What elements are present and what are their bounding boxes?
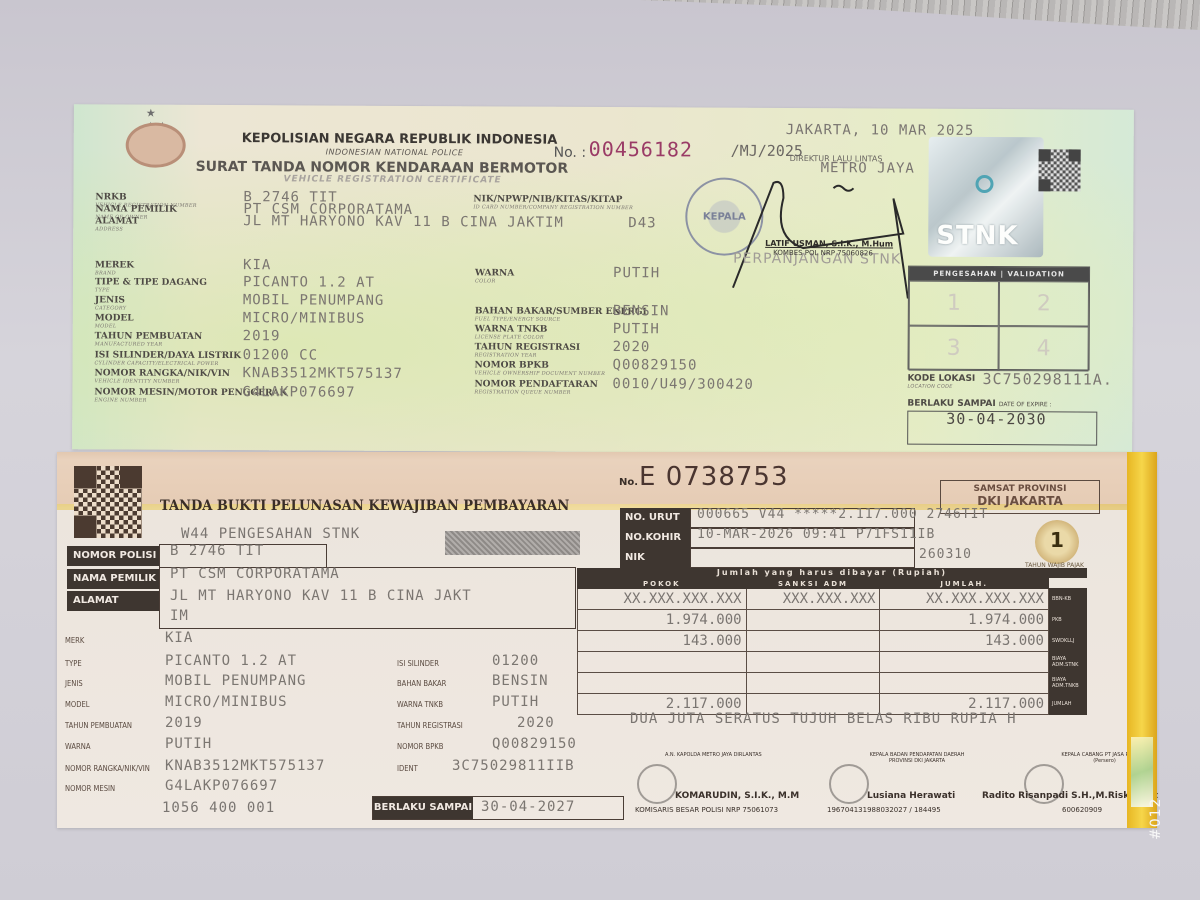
samsat-line1: SAMSAT PROVINSI — [941, 484, 1099, 494]
cell-sanksi — [746, 610, 880, 631]
police-emblem-icon — [126, 122, 186, 167]
validation-grid: PENGESAHAN | VALIDATION 1 2 3 4 — [908, 266, 1091, 371]
vehicle-value: PUTIH — [165, 736, 212, 752]
cell-pokok: XX.XXX.XXX.XXX — [578, 589, 747, 610]
stnk-hologram: STNK — [928, 137, 1044, 258]
validation-header: PENGESAHAN | VALIDATION — [909, 267, 1089, 282]
column-header: JUMLAH. — [880, 579, 1049, 589]
owner-label: ALAMAT — [67, 591, 159, 611]
vehicle-value: PICANTO 1.2 AT — [165, 653, 297, 669]
vehicle-label: TAHUN REGISTRASI — [397, 721, 463, 730]
field-value: 2019 — [243, 328, 281, 344]
vehicle-value: Q00829150 — [492, 736, 577, 752]
field-value: G4LAKP076697 — [242, 384, 355, 401]
field-value: Q00829150 — [613, 357, 698, 373]
expiry-label: BERLAKU SAMPAI DATE OF EXPIRE : — [907, 399, 1051, 410]
field-label: TAHUN PEMBUATANMANUFACTURED YEAR — [95, 331, 203, 348]
vehicle-value: PUTIH — [492, 694, 539, 710]
receipt-expiry: BERLAKU SAMPAI 30-04-2027 — [372, 796, 624, 820]
meta-value: 10-MAR-2026 09:41 P71FS11IB — [697, 527, 935, 542]
field-label: ISI SILINDER/DAYA LISTRIKCYLINDER CAPACI… — [95, 350, 242, 367]
column-header: SANKSI ADM — [746, 579, 880, 589]
field-value: BENSIN — [613, 303, 670, 319]
year-badge-icon: 1 — [1035, 520, 1079, 564]
owner-value: B 2746 TIT — [170, 543, 264, 559]
field-value: 01200 CC — [243, 347, 319, 363]
meta-value: 000665 V44 *****2.117.000 2746TIT — [697, 507, 988, 522]
meta-extra: 260310 — [919, 547, 972, 562]
cell-jumlah: XX.XXX.XXX.XXX — [880, 589, 1049, 610]
signatory-id: 196704131988032027 / 184495 — [827, 806, 941, 814]
owner-label: NAMA PEMILIK — [67, 569, 159, 589]
hologram-text: STNK — [936, 221, 1019, 251]
owner-value: JL MT HARYONO KAV 11 B CINA JAKT — [170, 588, 472, 604]
agency-title-en: INDONESIAN NATIONAL POLICE — [326, 148, 464, 158]
expiry-date: 30-04-2030 — [946, 410, 1046, 429]
background-floor-texture — [640, 0, 1200, 30]
field-value: 0010/U49/300420 — [612, 376, 754, 393]
field-label: ALAMATADDRESS — [95, 216, 139, 232]
field-label: TIPE & TIPE DAGANGTYPE — [95, 277, 207, 294]
field-label: MODELMODEL — [95, 313, 134, 329]
director-unit: METRO JAYA — [821, 160, 915, 176]
vehicle-value: BENSIN — [492, 673, 549, 689]
cell-jumlah — [880, 652, 1049, 673]
cell-jumlah — [880, 673, 1049, 694]
vehicle-value: KIA — [165, 630, 193, 646]
vehicle-value: KNAB3512MKT575137 — [165, 758, 325, 774]
payment-receipt: TANDA BUKTI PELUNASAN KEWAJIBAN PEMBAYAR… — [57, 452, 1157, 828]
field-label: TAHUN REGISTRASIREGISTRATION YEAR — [475, 342, 581, 359]
vehicle-label: IDENT — [397, 764, 418, 773]
stnk-fields-left: NRKBVEHICLE REGISTRATION NUMBERB 2746 TI… — [74, 104, 1134, 110]
hologram-strip — [1131, 737, 1153, 807]
field-value: JL MT HARYONO KAV 11 B CINA JAKTIM — [243, 213, 564, 231]
field-label: NOMOR PENDAFTARANREGISTRATION QUEUE NUMB… — [474, 379, 597, 396]
signatory-name: KOMARUDIN, S.I.K., M.M — [675, 791, 799, 801]
stnk-certificate: ★★★ KEPOLISIAN NEGARA REPUBLIK INDONESIA… — [72, 104, 1134, 455]
row-label: BIAYA ADM.TNKB — [1049, 673, 1087, 694]
signatory-id: KOMISARIS BESAR POLISI NRP 75061073 — [635, 806, 778, 814]
nik-label: NIK/NPWP/NIB/KITAS/KITAPID CARD NUMBER/C… — [473, 194, 633, 211]
validation-cell: 2 — [999, 281, 1089, 326]
payment-caption: Jumlah yang harus dibayar (Rupiah) — [577, 568, 1087, 578]
signatory-name: Lusiana Herawati — [867, 791, 955, 801]
vehicle-label: MODEL — [65, 700, 90, 709]
field-value: 2020 — [613, 339, 651, 355]
nik-suffix: D43 — [628, 215, 656, 231]
cell-jumlah: 1.974.000 — [880, 610, 1049, 631]
signatory-title: A.N. KAPOLDA METRO JAYA DIRLANTAS — [665, 752, 762, 758]
vehicle-value: MICRO/MINIBUS — [165, 694, 288, 710]
document-title-en: VEHICLE REGISTRATION CERTIFICATE — [283, 174, 501, 185]
validation-cell: 4 — [999, 326, 1089, 371]
official-seal-icon — [829, 764, 869, 804]
row-label: BBN-KB — [1049, 589, 1087, 610]
photo-tag: #012 — [1148, 798, 1164, 840]
owner-value: PT CSM CORPORATAMA — [170, 566, 340, 582]
cell-jumlah: 143.000 — [880, 631, 1049, 652]
validation-cell: 1 — [909, 281, 999, 326]
serial-label: No. : — [554, 145, 587, 161]
field-value: KIA — [243, 257, 271, 273]
receipt-expiry-label: BERLAKU SAMPAI — [373, 797, 473, 819]
cell-pokok — [578, 652, 747, 673]
location-code-label: KODE LOKASILOCATION CODE — [907, 374, 975, 390]
vehicle-label: JENIS — [65, 679, 83, 688]
vehicle-value: 2019 — [165, 715, 203, 731]
owner-label: NOMOR POLISI — [67, 546, 159, 566]
row-label: BIAYA ADM.STNK — [1049, 652, 1087, 673]
qr-code-icon — [1038, 149, 1080, 191]
vehicle-label: NOMOR RANGKA/NIK/VIN — [65, 764, 150, 773]
field-label: MEREKBRAND — [95, 260, 134, 276]
receipt-expiry-date: 30-04-2027 — [481, 799, 575, 815]
vehicle-value: 3C75029811IIB — [452, 758, 575, 774]
vehicle-label: WARNA TNKB — [397, 700, 443, 709]
receipt-no-value: E 0738753 — [639, 462, 789, 492]
vehicle-value: 2020 — [517, 715, 555, 731]
field-value: MICRO/MINIBUS — [243, 310, 366, 327]
field-value: PICANTO 1.2 AT — [243, 274, 375, 291]
field-value: MOBIL PENUMPANG — [243, 292, 385, 309]
vehicle-label: WARNA — [65, 742, 90, 751]
cell-sanksi: XXX.XXX.XXX — [746, 589, 880, 610]
field-value: PUTIH — [613, 321, 660, 337]
meta-label: NIK — [620, 548, 690, 568]
table-row: BIAYA ADM.TNKB — [578, 673, 1087, 694]
table-row: 1.974.0001.974.000PKB — [578, 610, 1087, 631]
vehicle-value: G4LAKP076697 — [165, 778, 278, 794]
owner-value-cont: IM — [170, 608, 189, 624]
vehicle-label: NOMOR BPKB — [397, 742, 443, 751]
vehicle-label: BAHAN BAKAR — [397, 679, 446, 688]
field-label: NOMOR BPKBVEHICLE OWNERSHIP DOCUMENT NUM… — [474, 360, 605, 377]
vehicle-label: TAHUN PEMBUATAN — [65, 721, 132, 730]
row-label: PKB — [1049, 610, 1087, 631]
receipt-title: TANDA BUKTI PELUNASAN KEWAJIBAN PEMBAYAR… — [160, 498, 569, 514]
official-seal-icon — [637, 764, 677, 804]
redacted-area — [445, 531, 580, 555]
engine-extra: 1056 400 001 — [162, 800, 275, 816]
cell-pokok: 1.974.000 — [578, 610, 747, 631]
spacer — [1049, 579, 1087, 589]
table-row: BIAYA ADM.STNK — [578, 652, 1087, 673]
column-header: POKOK — [578, 579, 747, 589]
meta-label: NO. URUT — [620, 508, 690, 528]
signer-name: LATIF USMAN, S.I.K., M.Hum — [765, 239, 893, 249]
field-value: KNAB3512MKT575137 — [242, 365, 402, 382]
cell-sanksi — [746, 673, 880, 694]
stnk-fields-right: WARNACOLORPUTIHBAHAN BAKAR/SUMBER ENERGI… — [74, 104, 1134, 110]
field-label: WARNACOLOR — [475, 268, 514, 284]
vehicle-label: ISI SILINDER — [397, 659, 439, 668]
gold-security-strip — [1127, 452, 1157, 828]
hologram-seal-icon — [975, 175, 993, 193]
payment-table: Jumlah yang harus dibayar (Rupiah) POKOK… — [577, 568, 1125, 715]
validation-cell: 3 — [909, 326, 999, 371]
agency-title: KEPOLISIAN NEGARA REPUBLIK INDONESIA — [242, 131, 558, 148]
samsat-line2: DKI JAKARTA — [941, 494, 1099, 508]
vehicle-value: MOBIL PENUMPANG — [165, 673, 306, 689]
serial-number: 00456182 — [589, 137, 693, 162]
table-row: XX.XXX.XXX.XXXXXX.XXX.XXXXX.XXX.XXX.XXXB… — [578, 589, 1087, 610]
receipt-subtitle: W44 PENGESAHAN STNK — [181, 526, 360, 542]
field-label: NOMOR RANGKA/NIK/VINVEHICLE IDENTITY NUM… — [94, 368, 230, 385]
amount-in-words: DUA JUTA SERATUS TUJUH BELAS RIBU RUPIA … — [630, 709, 1110, 729]
signature-icon — [713, 178, 914, 299]
receipt-no-label: No. — [619, 477, 638, 488]
vehicle-label: NOMOR MESIN — [65, 784, 115, 793]
expiry-box: 30-04-2030 — [907, 411, 1097, 446]
signatory-id: 600620909 — [1062, 806, 1102, 814]
cell-pokok: 143.000 — [578, 631, 747, 652]
signer-rank: KOMBES POL NRP 75060826 — [773, 249, 873, 258]
cell-sanksi — [746, 631, 880, 652]
table-row: 143.000143.000SWDKLLJ — [578, 631, 1087, 652]
field-label: WARNA TNKBLICENSE PLATE COLOR — [475, 324, 548, 340]
qr-code-icon — [74, 466, 142, 538]
vehicle-value: 01200 — [492, 653, 539, 669]
cell-sanksi — [746, 652, 880, 673]
vehicle-label: TYPE — [65, 659, 82, 668]
meta-box — [690, 548, 915, 568]
signatory-title: KEPALA BADAN PENDAPATAN DAERAH PROVINSI … — [857, 752, 977, 764]
location-code-value: 3C750298111A. — [982, 370, 1112, 389]
cell-pokok — [578, 673, 747, 694]
field-label: JENISCATEGORY — [95, 295, 127, 311]
meta-label: NO.KOHIR — [620, 528, 690, 548]
row-label: SWDKLLJ — [1049, 631, 1087, 652]
field-value: PUTIH — [613, 265, 660, 281]
vehicle-label: MERK — [65, 636, 84, 645]
